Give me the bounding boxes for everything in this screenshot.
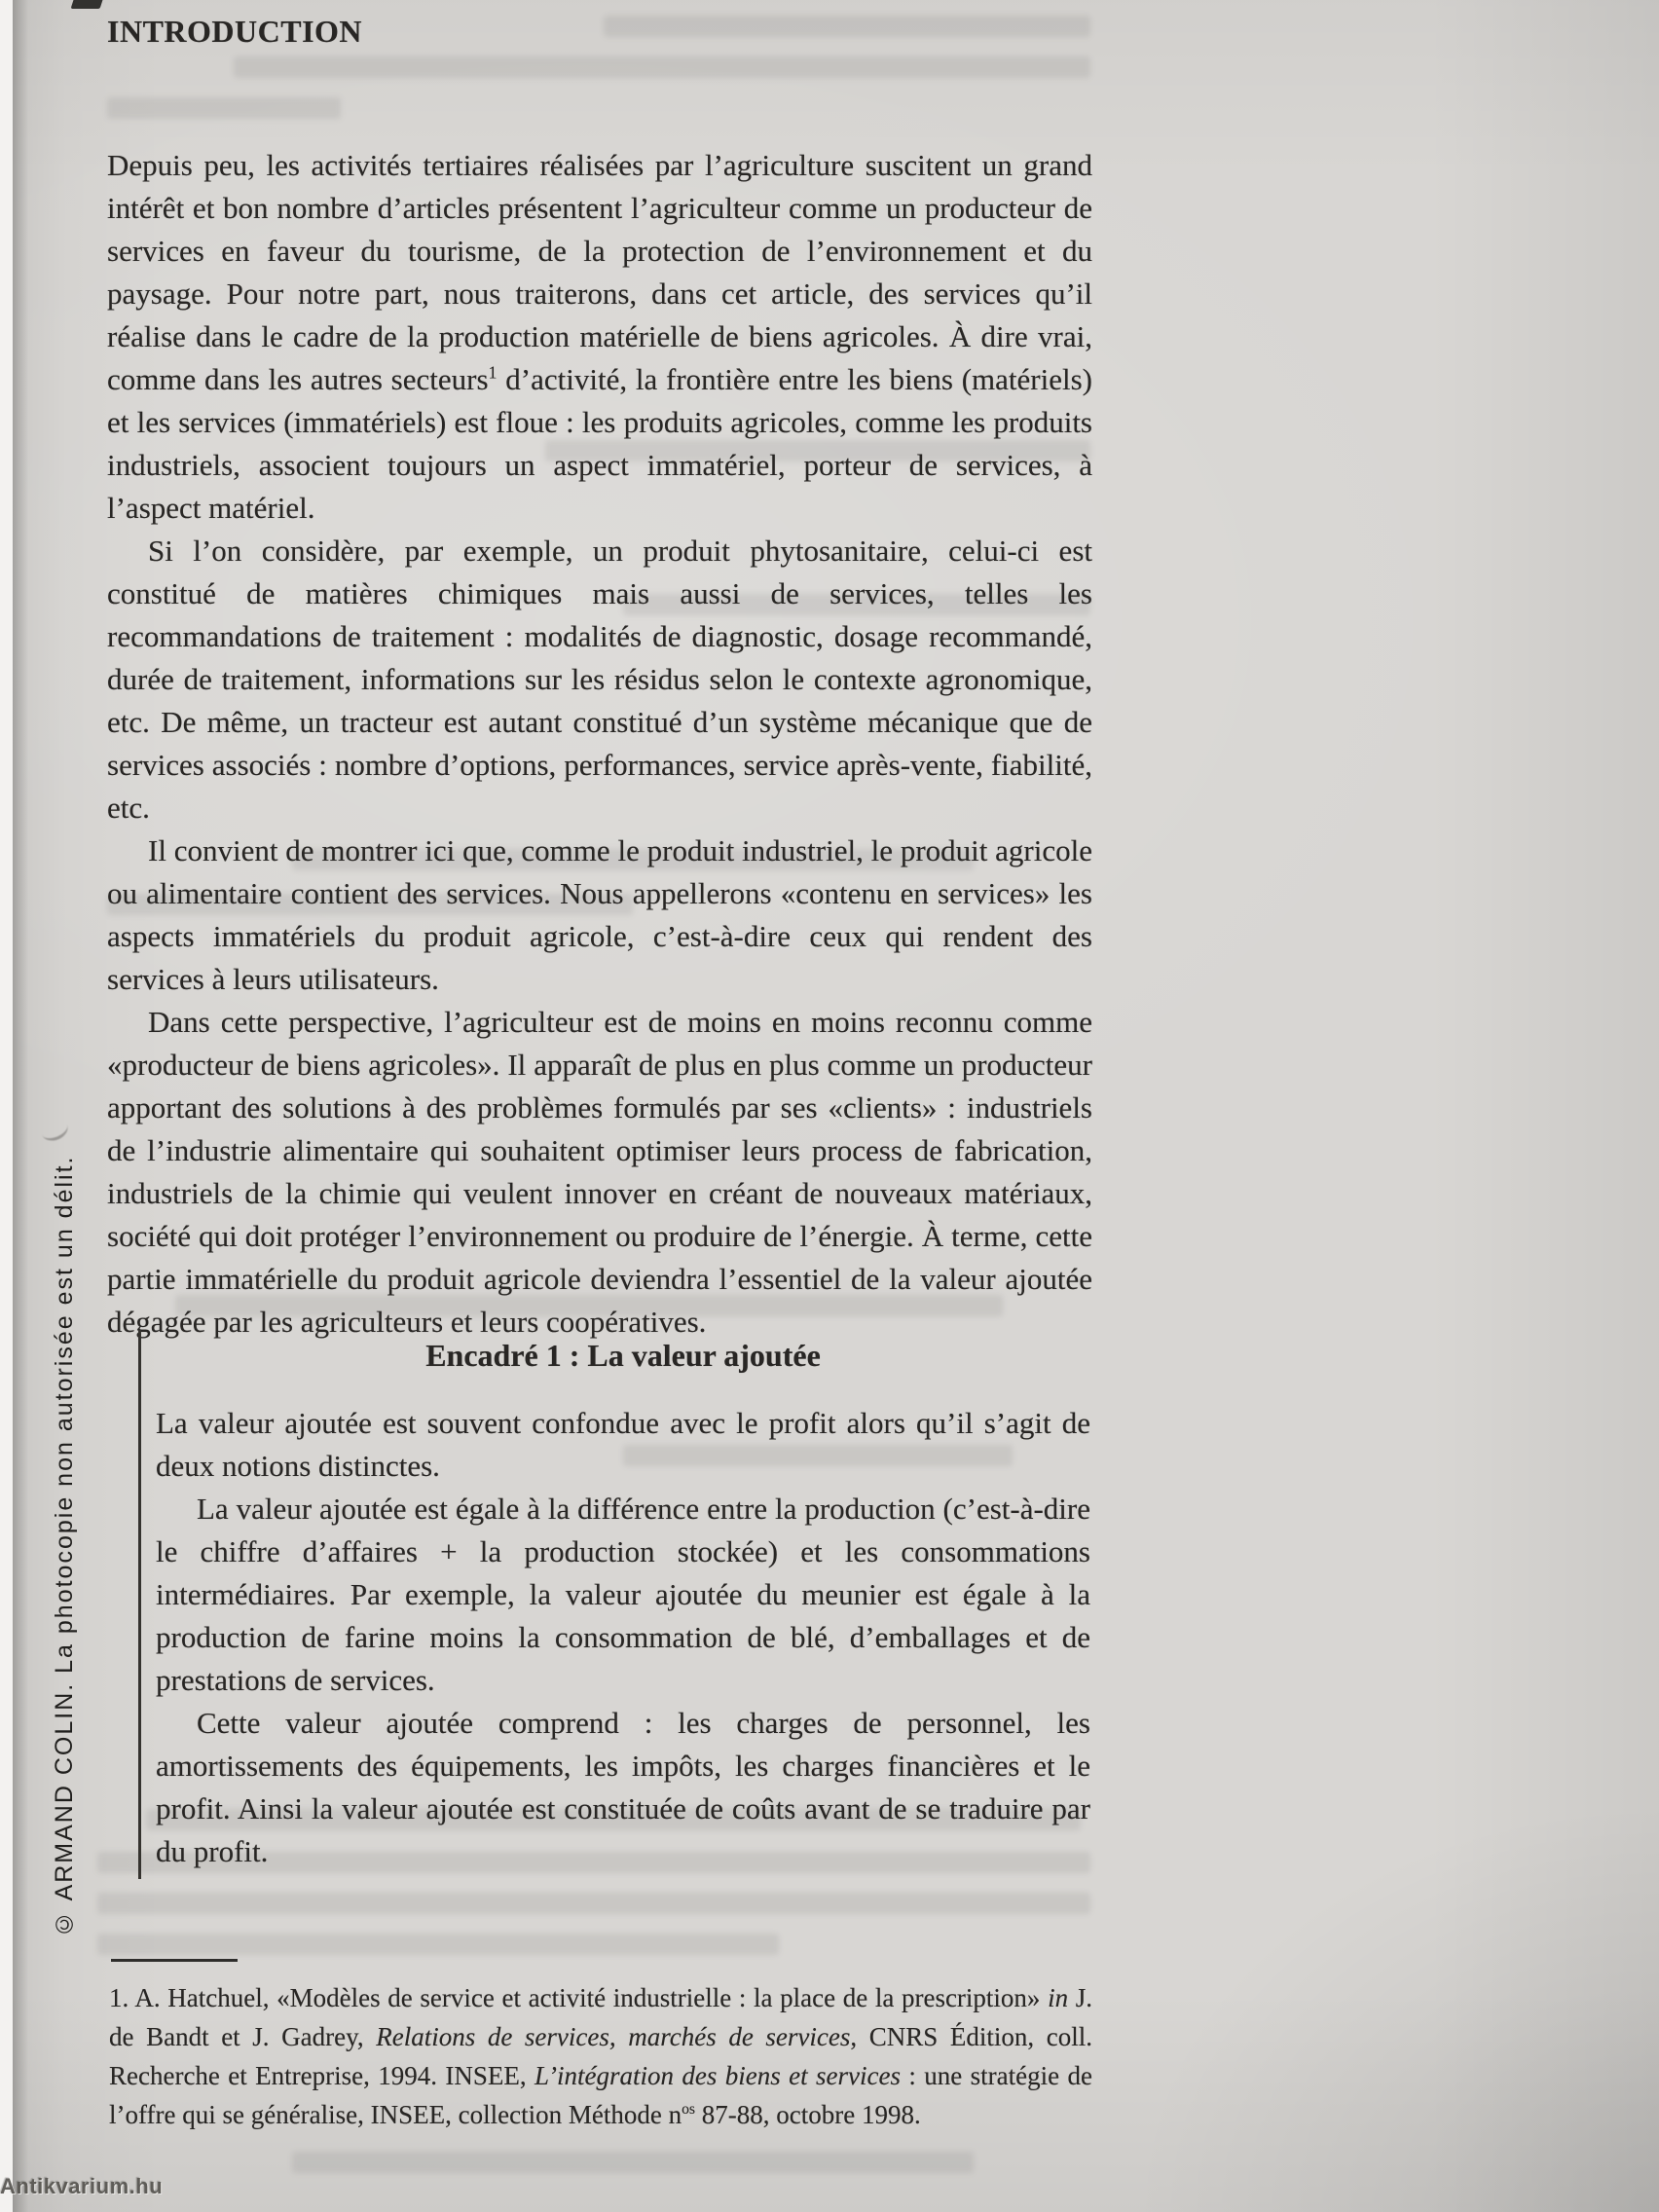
article-body: Depuis peu, les activités tertiaires réa… [107,144,1092,1344]
showthrough-artifact [604,16,1090,37]
scan-artifact-mark [71,0,103,9]
paragraph: Si l’on considère, par exemple, un produ… [107,530,1092,829]
footnote-divider [111,1959,238,1962]
box-paragraph: La valeur ajoutée est égale à la différe… [156,1488,1090,1702]
showthrough-artifact [292,2152,974,2173]
watermark: Antikvarium.hu [0,2174,163,2199]
showthrough-artifact [97,1893,1090,1914]
showthrough-artifact [234,56,1090,78]
showthrough-artifact [107,97,341,119]
box-valeur-ajoutee: Encadré 1 : La valeur ajoutée La valeur … [138,1330,1090,1879]
copyright-sidebar-text: © ARMAND COLIN. La photocopie non autori… [51,991,79,1937]
box-title: Encadré 1 : La valeur ajoutée [156,1336,1090,1375]
box-paragraph: La valeur ajoutée est souvent confondue … [156,1402,1090,1488]
paragraph: Dans cette perspective, l’agriculteur es… [107,1001,1092,1344]
scanned-page: INTRODUCTION Depuis peu, les activités t… [0,0,1659,2212]
paragraph: Depuis peu, les activités tertiaires réa… [107,144,1092,530]
page-edge-shadow [13,0,28,2212]
paragraph: Il convient de montrer ici que, comme le… [107,829,1092,1001]
box-paragraph: Cette valeur ajoutée comprend : les char… [156,1702,1090,1873]
page-title: INTRODUCTION [107,12,362,51]
footnote: 1. A. Hatchuel, «Modèles de service et a… [109,1978,1092,2134]
showthrough-artifact [97,1934,779,1955]
scan-edge-strip [0,0,13,2212]
